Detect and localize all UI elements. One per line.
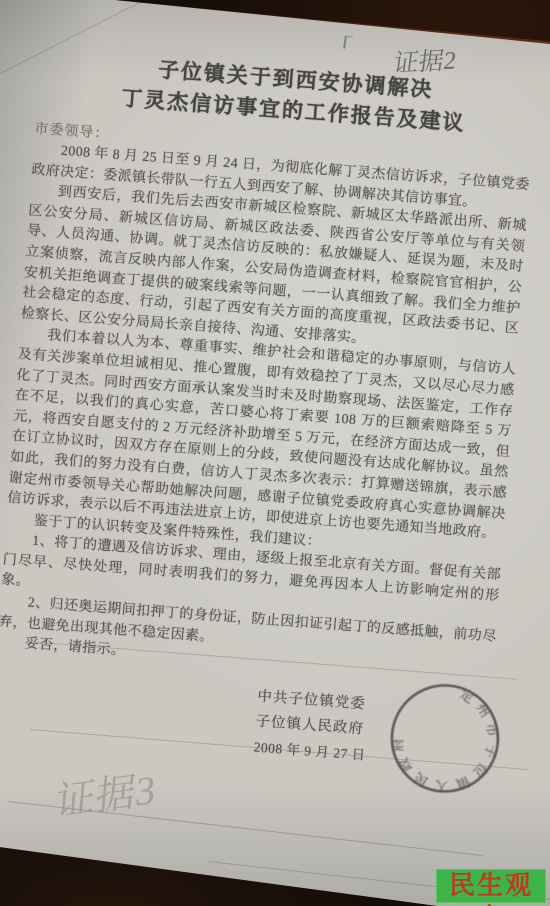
official-seal: 定州市子位镇人民政府 <box>372 665 518 811</box>
photo-frame: 子位镇关于到西安协调解决 丁灵杰信访事宜的工作报告及建议 市委领导： 2008 … <box>0 0 550 906</box>
paragraph-3: 我们本着以人为本、尊重事实、维护社会和谐稳定的办事原则，与信访人及有关涉案单位坦… <box>7 325 517 546</box>
document-body: 子位镇关于到西安协调解决 丁灵杰信访事宜的工作报告及建议 市委领导： 2008 … <box>0 26 539 776</box>
minsheng-guancha-watermark: 民生观察 <box>436 869 546 903</box>
paper-sheet: 子位镇关于到西安协调解决 丁灵杰信访事宜的工作报告及建议 市委领导： 2008 … <box>0 0 550 906</box>
signature-block: 中共子位镇党委 子位镇人民政府 2008 年 9 月 27 日 定州市子位镇人民… <box>253 684 448 773</box>
handwritten-evidence-mark-2: 证据2 <box>392 40 459 80</box>
seal-arc-text: 定州市子位镇人民政府 <box>376 668 515 808</box>
svg-text:定州市子位镇人民政府: 定州市子位镇人民政府 <box>376 668 515 808</box>
